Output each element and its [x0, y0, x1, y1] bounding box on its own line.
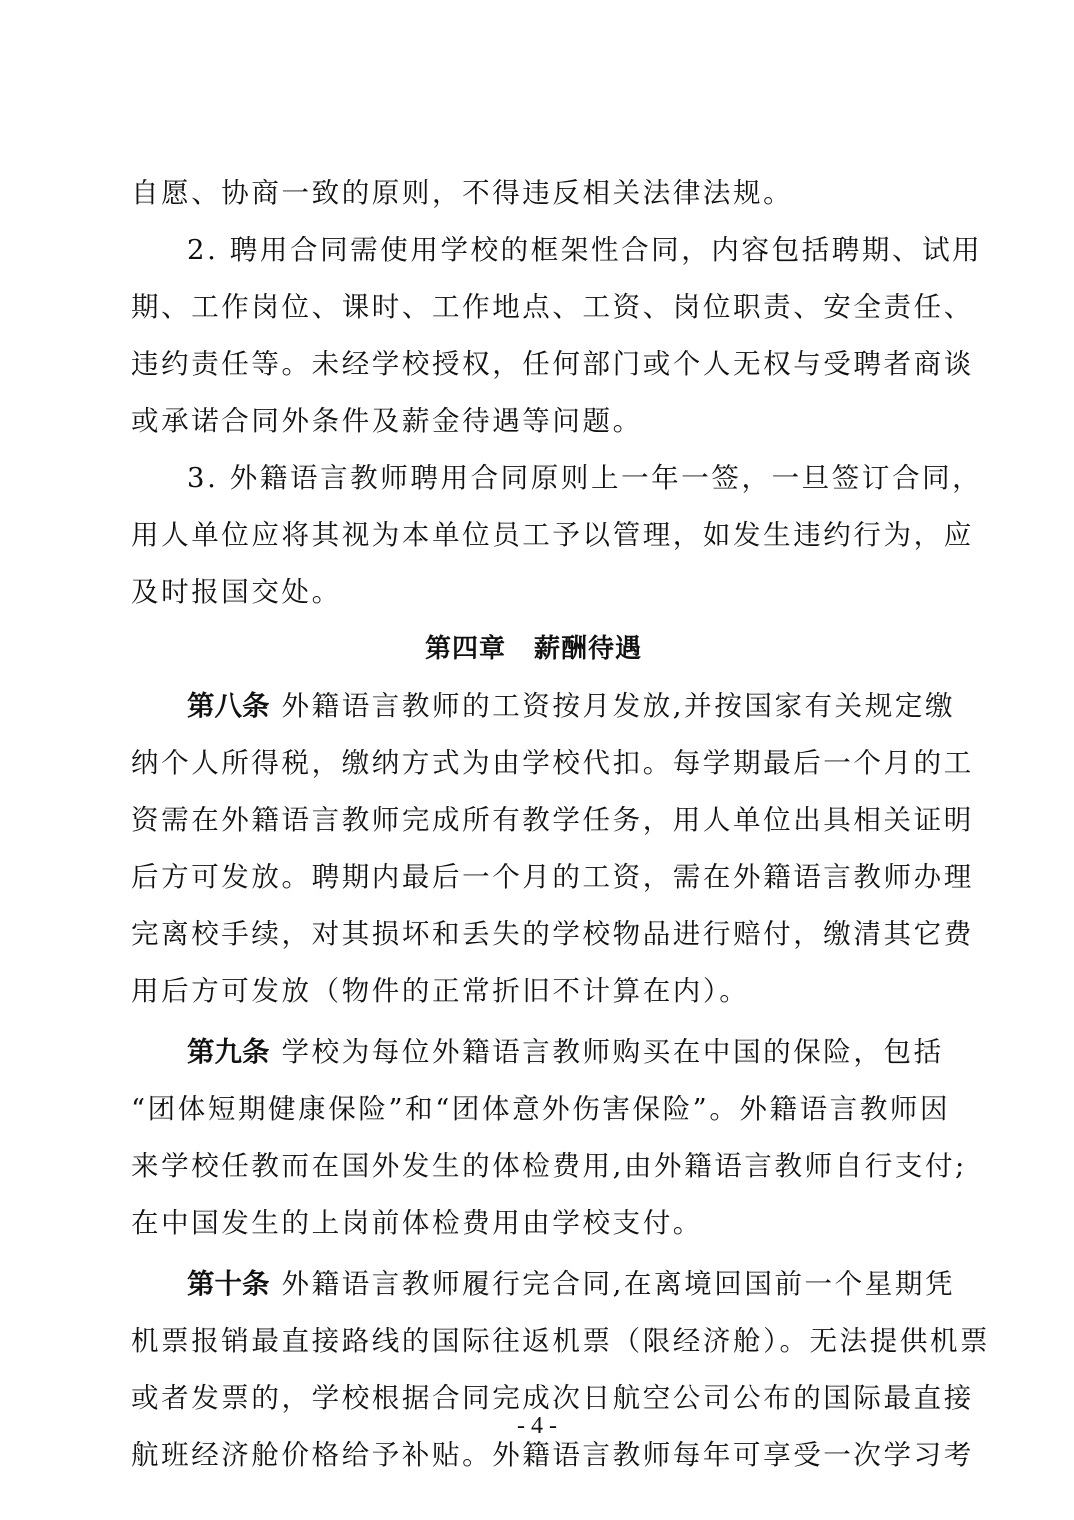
paragraph-line: 3. 外籍语言教师聘用合同原则上一年一签，一旦签订合同，: [131, 450, 936, 507]
paragraph-line: 资需在外籍语言教师完成所有教学任务，用人单位出具相关证明: [131, 792, 936, 849]
article-label: 第八条: [187, 690, 270, 722]
item-3-paragraph: 3. 外籍语言教师聘用合同原则上一年一签，一旦签订合同， 用人单位应将其视为本单…: [131, 450, 936, 621]
paragraph-line: 后方可发放。聘期内最后一个月的工资，需在外籍语言教师办理: [131, 849, 936, 906]
article-label: 第十条: [187, 1268, 270, 1300]
paragraph-line: 在中国发生的上岗前体检费用由学校支付。: [131, 1195, 936, 1252]
paragraph-line: 用人单位应将其视为本单位员工予以管理，如发生违约行为，应: [131, 507, 936, 564]
paragraph-line: 机票报销最直接路线的国际往返机票（限经济舱）。无法提供机票: [131, 1313, 936, 1370]
paragraph-line: 期、工作岗位、课时、工作地点、工资、岗位职责、安全责任、: [131, 279, 936, 336]
article-9: 第九条学校为每位外籍语言教师购买在中国的保险，包括 “团体短期健康保险”和“团体…: [131, 1024, 936, 1252]
paragraph-line: 完离校手续，对其损坏和丢失的学校物品进行赔付，缴清其它费: [131, 906, 936, 963]
paragraph-line: 或承诺合同外条件及薪金待遇等问题。: [131, 393, 936, 450]
chapter-number: 第四章: [425, 634, 506, 664]
article-label: 第九条: [187, 1036, 270, 1068]
paragraph-line: 2. 聘用合同需使用学校的框架性合同，内容包括聘期、试用: [131, 222, 936, 279]
document-page: 自愿、协商一致的原则，不得违反相关法律法规。 2. 聘用合同需使用学校的框架性合…: [131, 165, 936, 1484]
paragraph-line: 违约责任等。未经学校授权，任何部门或个人无权与受聘者商谈: [131, 336, 936, 393]
article-text: 学校为每位外籍语言教师购买在中国的保险，包括: [282, 1036, 944, 1068]
paragraph-line: 自愿、协商一致的原则，不得违反相关法律法规。: [131, 165, 936, 222]
paragraph-line: 用后方可发放（物件的正常折旧不计算在内）。: [131, 963, 936, 1020]
paragraph-line: 来学校任教而在国外发生的体检费用,由外籍语言教师自行支付;: [131, 1138, 936, 1195]
chapter-title: 薪酬待遇: [534, 634, 642, 664]
paragraph-line: 纳个人所得税，缴纳方式为由学校代扣。每学期最后一个月的工: [131, 735, 936, 792]
article-text: 外籍语言教师履行完合同,在离境回国前一个星期凭: [282, 1268, 956, 1300]
paragraph-line: “团体短期健康保险”和“团体意外伤害保险”。外籍语言教师因: [131, 1081, 936, 1138]
article-text: 外籍语言教师的工资按月发放,并按国家有关规定缴: [282, 690, 956, 722]
paragraph-line: 第八条外籍语言教师的工资按月发放,并按国家有关规定缴: [131, 678, 936, 735]
paragraph-line: 及时报国交处。: [131, 564, 936, 621]
paragraph-line: 第九条学校为每位外籍语言教师购买在中国的保险，包括: [131, 1024, 936, 1081]
article-10: 第十条外籍语言教师履行完合同,在离境回国前一个星期凭 机票报销最直接路线的国际往…: [131, 1256, 936, 1484]
article-8: 第八条外籍语言教师的工资按月发放,并按国家有关规定缴 纳个人所得税，缴纳方式为由…: [131, 678, 936, 1020]
page-number: - 4 -: [0, 1413, 1074, 1440]
item-2-paragraph: 2. 聘用合同需使用学校的框架性合同，内容包括聘期、试用 期、工作岗位、课时、工…: [131, 222, 936, 450]
chapter-heading: 第四章薪酬待遇: [131, 621, 936, 678]
paragraph-line: 第十条外籍语言教师履行完合同,在离境回国前一个星期凭: [131, 1256, 936, 1313]
